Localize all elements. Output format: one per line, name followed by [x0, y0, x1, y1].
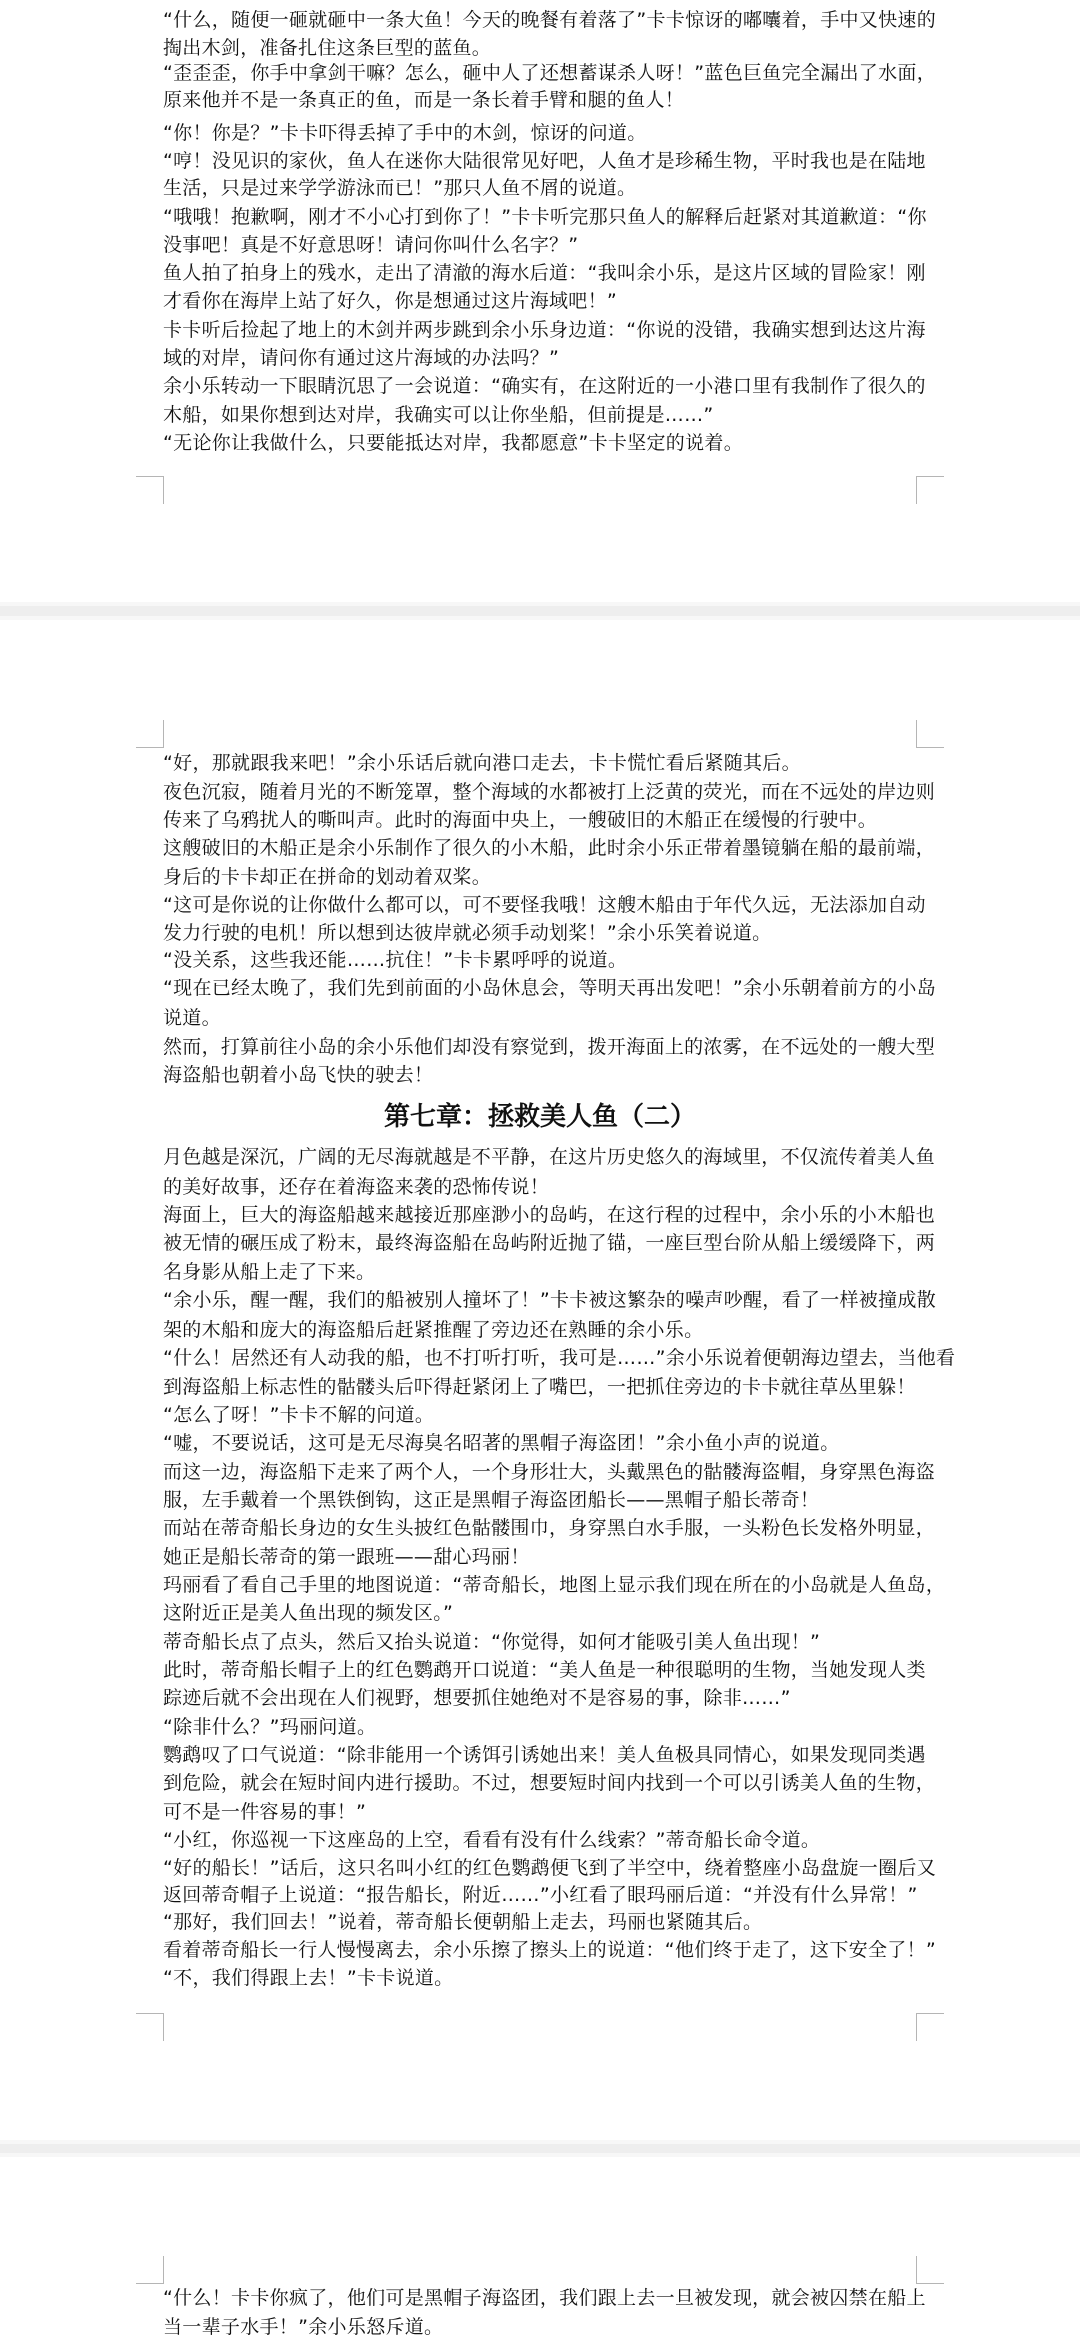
text-line: 生活，只是过来学学游泳而已！”那只人鱼不屑的说道。 — [163, 174, 923, 202]
text-line: 当一辈子水手！”余小乐怒斥道。 — [163, 2313, 923, 2340]
text-line: “哼！没见识的家伙，鱼人在迷你大陆很常见好吧，人鱼才是珍稀生物，平时我也是在陆地 — [163, 147, 923, 175]
margin-mark-top-left — [136, 720, 164, 748]
margin-mark-bottom-left — [136, 2013, 164, 2041]
text-line: “余小乐，醒一醒，我们的船被别人撞坏了！”卡卡被这繁杂的噪声吵醒，看了一样被撞成… — [163, 1286, 923, 1314]
text-line: 掏出木剑，准备扎住这条巨型的蓝鱼。 — [163, 34, 923, 62]
text-line: 此时，蒂奇船长帽子上的红色鹦鹉开口说道：“美人鱼是一种很聪明的生物，当她发现人类 — [163, 1656, 923, 1684]
text-line: “什么！居然还有人动我的船，也不打听打听，我可是……”余小乐说着便朝海边望去，当… — [163, 1344, 923, 1372]
text-line: “嘘，不要说话，这可是无尽海臭名昭著的黑帽子海盗团！”余小鱼小声的说道。 — [163, 1429, 923, 1457]
text-line: 可不是一件容易的事！” — [163, 1798, 923, 1826]
text-line: 而站在蒂奇船长身边的女生头披红色骷髅围巾，身穿黑白水手服，一头粉色长发格外明显， — [163, 1514, 923, 1542]
text-line: 海盗船也朝着小岛飞快的驶去！ — [163, 1061, 923, 1089]
text-line: “好，那就跟我来吧！”余小乐话后就向港口走去，卡卡慌忙看后紧随其后。 — [163, 749, 923, 777]
page-gap — [0, 2144, 1080, 2153]
text-line: 返回蒂奇帽子上说道：“报告船长，附近……”小红看了眼玛丽后道：“并没有什么异常！… — [163, 1881, 923, 1909]
text-line: 发力行驶的电机！所以想到达彼岸就必须手动划桨！”余小乐笑着说道。 — [163, 919, 923, 947]
margin-mark-bottom-right — [916, 2013, 944, 2041]
text-line: “怎么了呀！”卡卡不解的问道。 — [163, 1401, 923, 1429]
text-line: “现在已经太晚了，我们先到前面的小岛休息会，等明天再出发吧！”余小乐朝着前方的小… — [163, 974, 923, 1002]
page-1: “什么，随便一砸就砸中一条大鱼！今天的晚餐有着落了”卡卡惊讶的嘟囔着，手中又快速… — [0, 0, 1080, 606]
text-line: 而这一边，海盗船下走来了两个人，一个身形壮大，头戴黑色的骷髅海盗帽，身穿黑色海盗 — [163, 1458, 923, 1486]
text-line: 然而，打算前往小岛的余小乐他们却没有察觉到，拨开海面上的浓雾，在不远处的一艘大型 — [163, 1033, 923, 1061]
text-line: 玛丽看了看自己手里的地图说道：“蒂奇船长，地图上显示我们现在所在的小岛就是人鱼岛… — [163, 1571, 923, 1599]
margin-mark-top-right — [916, 2256, 944, 2284]
text-line: 这艘破旧的木船正是余小乐制作了很久的小木船，此时余小乐正带着墨镜躺在船的最前端， — [163, 834, 923, 862]
text-line: 到海盗船上标志性的骷髅头后吓得赶紧闭上了嘴巴，一把抓住旁边的卡卡就往草丛里躲！ — [163, 1373, 923, 1401]
chapter-heading: 第七章：拯救美人鱼（二） — [0, 1099, 1080, 1135]
text-line: “除非什么？”玛丽问道。 — [163, 1713, 923, 1741]
text-line: “你！你是？”卡卡吓得丢掉了手中的木剑，惊讶的问道。 — [163, 119, 923, 147]
text-line: 没事吧！真是不好意思呀！请问你叫什么名字？” — [163, 231, 923, 259]
text-line: “什么！卡卡你疯了，他们可是黑帽子海盗团，我们跟上去一旦被发现，就会被囚禁在船上 — [163, 2284, 923, 2312]
text-line: 传来了乌鸦扰人的嘶叫声。此时的海面中央上，一艘破旧的木船正在缓慢的行驶中。 — [163, 806, 923, 834]
text-line: “无论你让我做什么，只要能抵达对岸，我都愿意”卡卡坚定的说着。 — [163, 429, 923, 457]
margin-mark-top-left — [136, 2256, 164, 2284]
margin-mark-bottom-left — [136, 476, 164, 504]
text-line: 服，左手戴着一个黑铁倒钩，这正是黑帽子海盗团船长——黑帽子船长蒂奇！ — [163, 1486, 923, 1514]
text-line: 原来他并不是一条真正的鱼，而是一条长着手臂和腿的鱼人！ — [163, 86, 923, 114]
text-line: 被无情的碾压成了粉末，最终海盗船在岛屿附近抛了锚，一座巨型台阶从船上缓缓降下，两 — [163, 1229, 923, 1257]
text-line: 余小乐转动一下眼睛沉思了一会说道：“确实有，在这附近的一小港口里有我制作了很久的 — [163, 372, 923, 400]
text-line: 说道。 — [163, 1004, 923, 1032]
text-line: “那好，我们回去！”说着，蒂奇船长便朝船上走去，玛丽也紧随其后。 — [163, 1908, 923, 1936]
text-line: 到危险，就会在短时间内进行援助。不过，想要短时间内找到一个可以引诱美人鱼的生物， — [163, 1769, 923, 1797]
text-line: “没关系，这些我还能……抗住！”卡卡累呼呼的说道。 — [163, 946, 923, 974]
text-line: 踪迹后就不会出现在人们视野，想要抓住她绝对不是容易的事，除非……” — [163, 1684, 923, 1712]
text-line: “哦哦！抱歉啊，刚才不小心打到你了！”卡卡听完那只鱼人的解释后赶紧对其道歉道：“… — [163, 203, 923, 231]
text-line: “小红，你巡视一下这座岛的上空，看看有没有什么线索？”蒂奇船长命令道。 — [163, 1826, 923, 1854]
text-line: 架的木船和庞大的海盗船后赶紧推醒了旁边还在熟睡的余小乐。 — [163, 1316, 923, 1344]
text-line: 鱼人拍了拍身上的残水，走出了清澈的海水后道：“我叫余小乐，是这片区域的冒险家！刚 — [163, 259, 923, 287]
text-line: “这可是你说的让你做什么都可以，可不要怪我哦！这艘木船由于年代久远，无法添加自动 — [163, 891, 923, 919]
text-line: 看着蒂奇船长一行人慢慢离去，余小乐擦了擦头上的说道：“他们终于走了，这下安全了！… — [163, 1936, 923, 1964]
text-line: 名身影从船上走了下来。 — [163, 1258, 923, 1286]
text-line: “好的船长！”话后，这只名叫小红的红色鹦鹉便飞到了半空中，绕着整座小岛盘旋一圈后… — [163, 1854, 923, 1882]
margin-mark-bottom-right — [916, 476, 944, 504]
page-gap — [0, 606, 1080, 616]
text-line: 这附近正是美人鱼出现的频发区。” — [163, 1599, 923, 1627]
text-line: 海面上，巨大的海盗船越来越接近那座渺小的岛屿，在这行程的过程中，余小乐的小木船也 — [163, 1201, 923, 1229]
text-line: “什么，随便一砸就砸中一条大鱼！今天的晚餐有着落了”卡卡惊讶的嘟囔着，手中又快速… — [163, 6, 923, 34]
text-line: 才看你在海岸上站了好久，你是想通过这片海域吧！” — [163, 287, 923, 315]
text-line: “歪歪歪，你手中拿剑干嘛？怎么，砸中人了还想蓄谋杀人呀！”蓝色巨鱼完全漏出了水面… — [163, 59, 923, 87]
text-line: 蒂奇船长点了点头，然后又抬头说道：“你觉得，如何才能吸引美人鱼出现！” — [163, 1628, 923, 1656]
text-line: 身后的卡卡却正在拼命的划动着双桨。 — [163, 863, 923, 891]
text-line: 鹦鹉叹了口气说道：“除非能用一个诱饵引诱她出来！美人鱼极具同情心，如果发现同类遇 — [163, 1741, 923, 1769]
margin-mark-top-right — [916, 720, 944, 748]
text-line: 的美好故事，还存在着海盗来袭的恐怖传说！ — [163, 1173, 923, 1201]
text-line: 木船，如果你想到达对岸，我确实可以让你坐船，但前提是……” — [163, 401, 923, 429]
text-line: 卡卡听后捡起了地上的木剑并两步跳到余小乐身边道：“你说的没错，我确实想到达这片海 — [163, 316, 923, 344]
text-line: 夜色沉寂，随着月光的不断笼罩，整个海域的水都被打上泛黄的荧光，而在不远处的岸边则 — [163, 778, 923, 806]
text-line: 她正是船长蒂奇的第一跟班——甜心玛丽！ — [163, 1543, 923, 1571]
text-line: 域的对岸，请问你有通过这片海域的办法吗？” — [163, 344, 923, 372]
text-line: 月色越是深沉，广阔的无尽海就越是不平静，在这片历史悠久的海域里，不仅流传着美人鱼 — [163, 1143, 923, 1171]
text-line: “不，我们得跟上去！”卡卡说道。 — [163, 1964, 923, 1992]
